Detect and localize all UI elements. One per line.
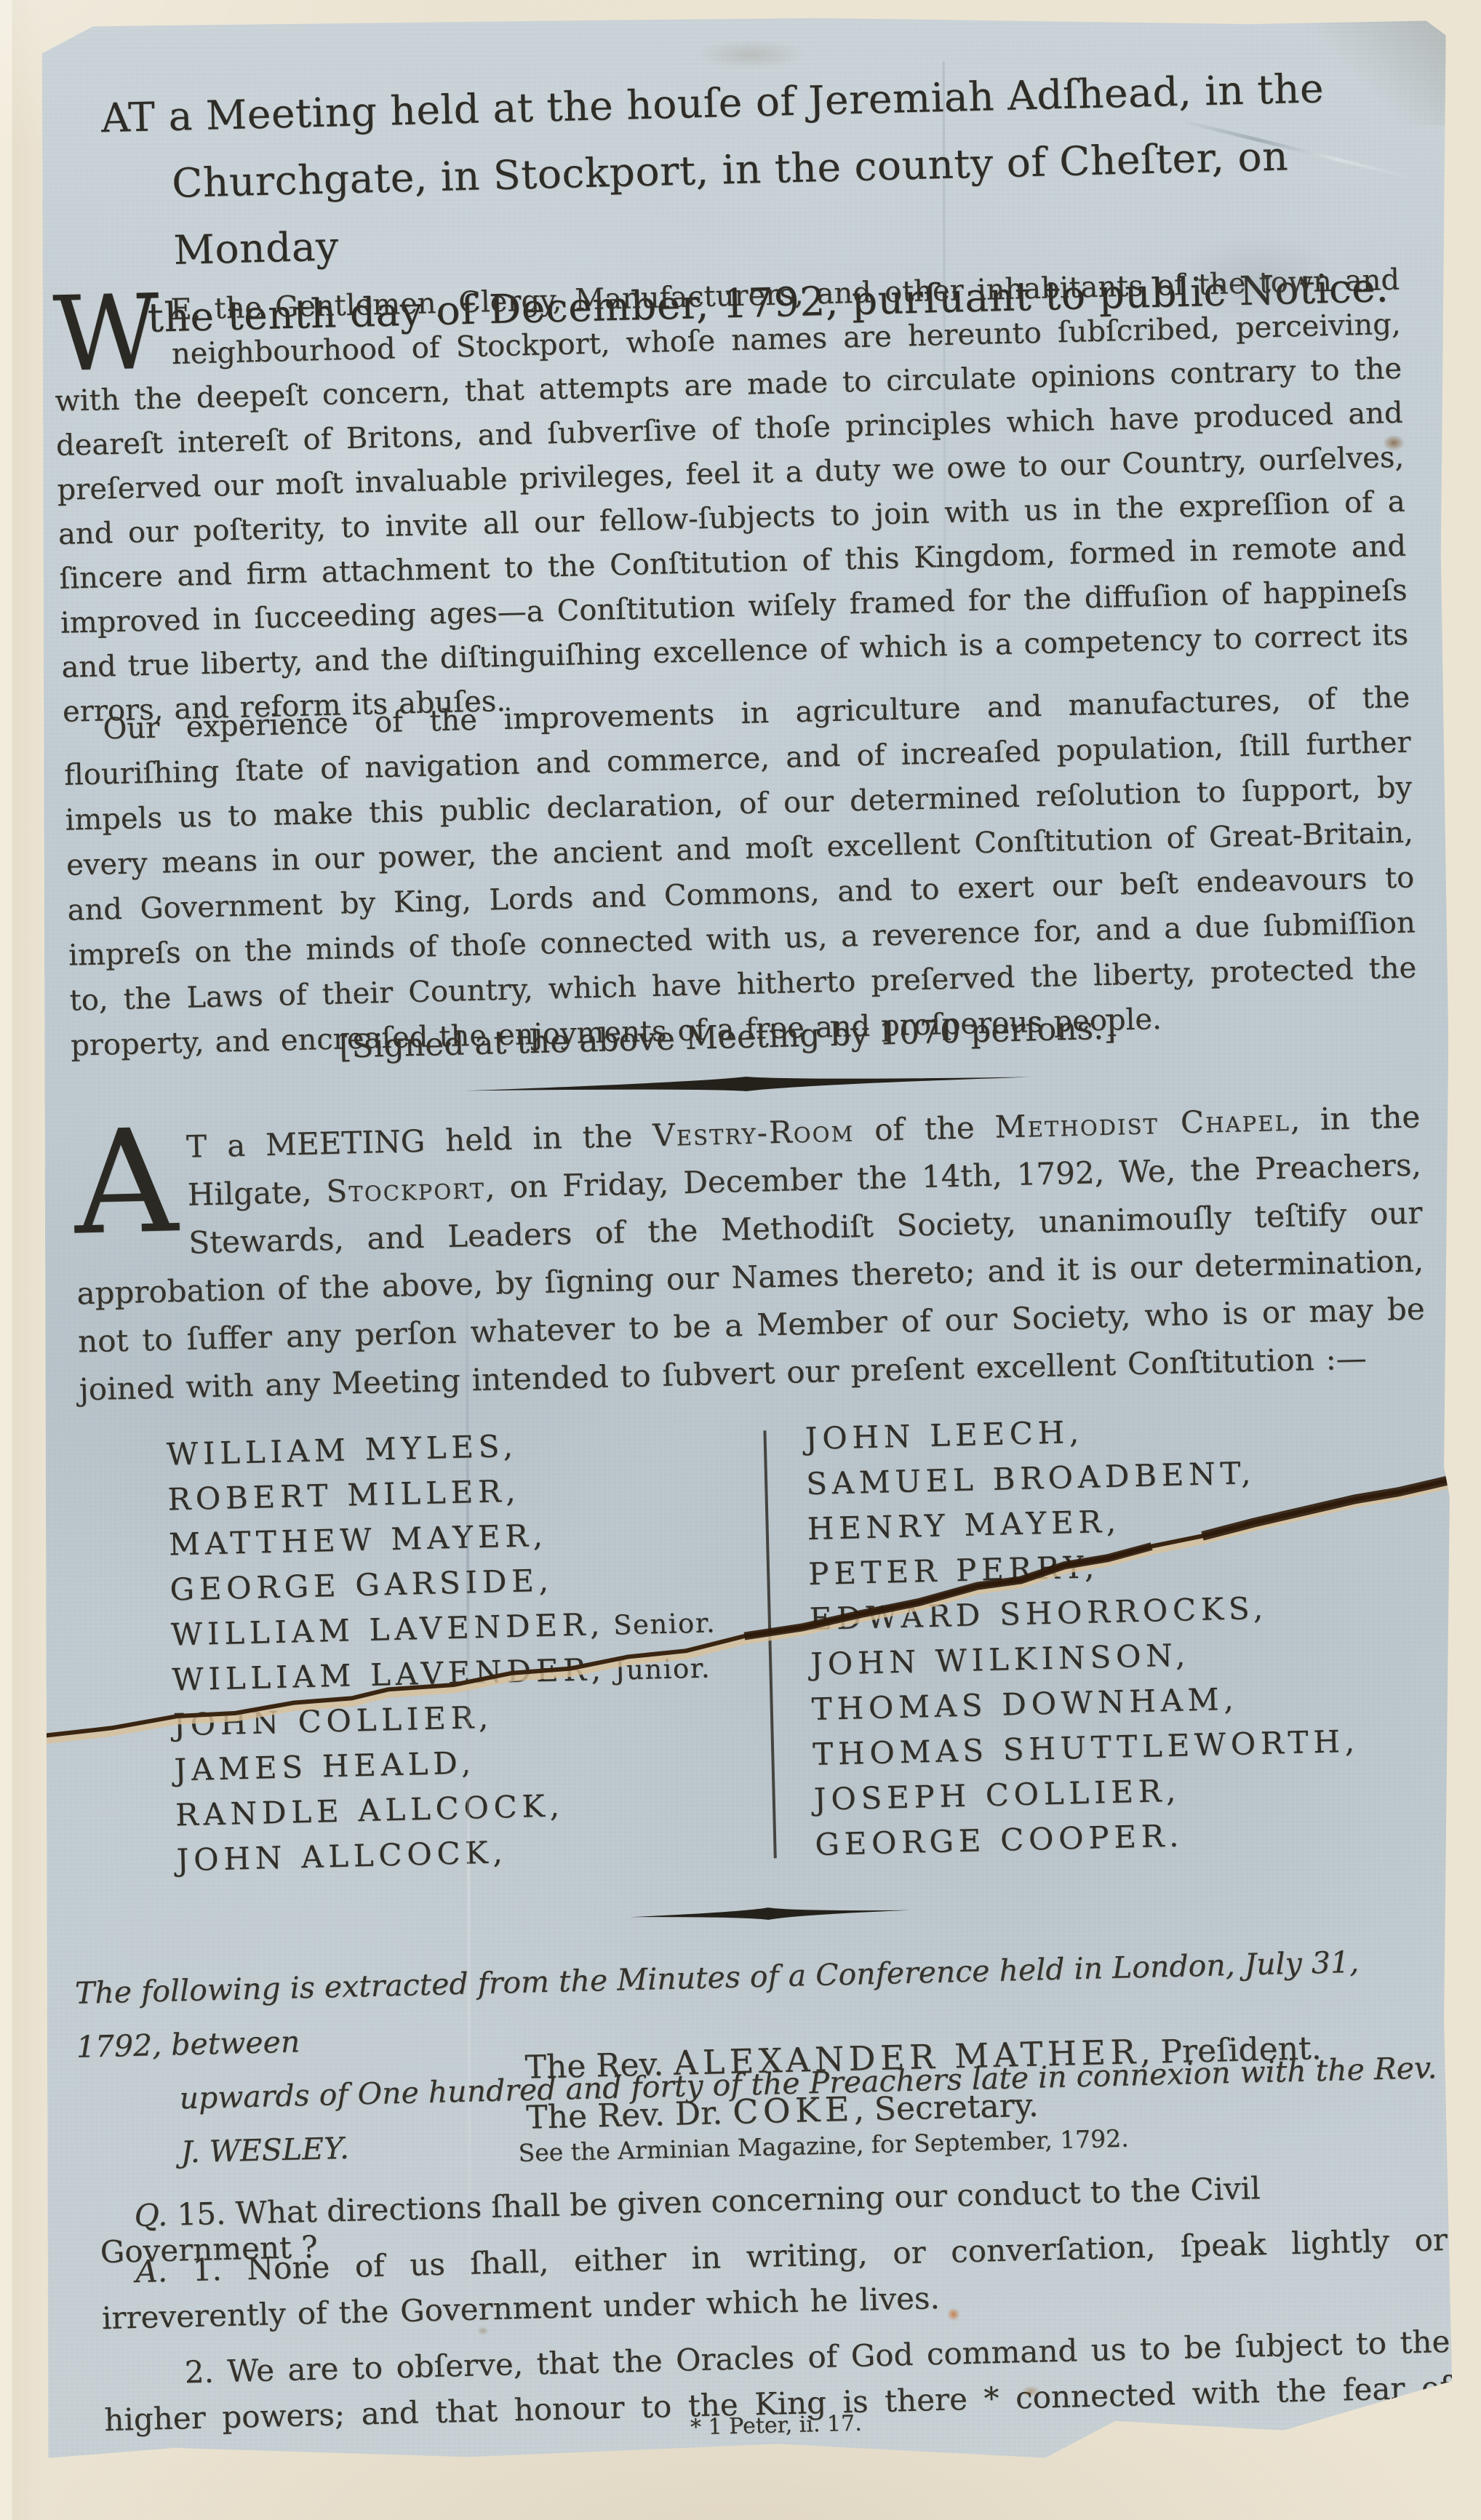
secretary-line: The Rev. Dr. COKE, Secretary. bbox=[526, 2081, 1323, 2134]
officer-name: COKE bbox=[732, 2089, 855, 2132]
signatory-suffix bbox=[516, 1838, 516, 1869]
signatory-name: JOHN ALLCOCK, bbox=[176, 1834, 508, 1878]
signatory-name: ROBERT MILLER, bbox=[167, 1473, 521, 1518]
signatory-name: PETER PERRY, bbox=[808, 1549, 1100, 1592]
signatory-suffix bbox=[1247, 1684, 1248, 1715]
signatory-suffix bbox=[1092, 1417, 1093, 1448]
signatories-right-column: JOHN LEECH, SAMUEL BROADBENT, HENRY MAYE… bbox=[805, 1407, 1370, 1871]
signatory-suffix bbox=[1368, 1726, 1368, 1758]
signatories-left-column: WILLIAM MYLES, ROBERT MILLER, MATTHEW MA… bbox=[166, 1423, 722, 1887]
dropcap-a: A bbox=[73, 1123, 188, 1236]
signatory-suffix bbox=[1107, 1552, 1108, 1584]
swelled-rule-divider-2 bbox=[629, 1902, 910, 1925]
segment-0: T a MEETING held in the bbox=[186, 1117, 653, 1165]
segment-2: of the bbox=[854, 1109, 996, 1149]
signatory-suffix: Senior. bbox=[613, 1607, 716, 1640]
officer-title: , Secretary. bbox=[853, 2087, 1039, 2129]
signatory-suffix bbox=[529, 1476, 530, 1507]
signatory-suffix bbox=[572, 1791, 573, 1822]
broadside-paper-sheet: AT a Meeting held at the houſe of Jeremi… bbox=[42, 16, 1453, 2463]
signatory-suffix bbox=[526, 1432, 527, 1463]
officer-title: , Preſident. bbox=[1140, 2030, 1322, 2071]
signatory-name: HENRY MAYER, bbox=[807, 1504, 1121, 1547]
vestry-room-smallcaps: Vestry-Room bbox=[652, 1112, 855, 1153]
signatory-name: JAMES HEALD, bbox=[174, 1745, 476, 1787]
swelled-rule-divider-1 bbox=[465, 1067, 1035, 1100]
signatory-suffix bbox=[1264, 1459, 1265, 1490]
methodist-chapel-smallcaps: Methodist Chapel bbox=[994, 1102, 1290, 1145]
answer-label: A. bbox=[135, 2253, 168, 2289]
signatory-suffix bbox=[1198, 1640, 1199, 1672]
question-label: Q. bbox=[134, 2197, 168, 2233]
signatory-suffix bbox=[556, 1521, 556, 1552]
declaration-paragraph-1: WE, the Gentlemen, Clergy, Manufacturers… bbox=[52, 258, 1410, 735]
signatory-suffix bbox=[562, 1566, 562, 1597]
paragraph-2-text: Our experience of the improvements in ag… bbox=[64, 681, 1417, 1063]
signatory-suffix bbox=[1189, 1776, 1190, 1807]
signatory-suffix bbox=[1129, 1507, 1130, 1538]
signatory-name: JOHN COLLIER, bbox=[172, 1699, 493, 1743]
paragraph-1-text: E, the Gentlemen, Clergy, Manufacturers,… bbox=[55, 263, 1409, 729]
dropcap-w: W bbox=[52, 288, 172, 376]
signatory-suffix bbox=[1276, 1593, 1277, 1624]
signatory-name: JOHN LEECH, bbox=[805, 1414, 1084, 1456]
signatory-suffix bbox=[501, 1702, 502, 1734]
signatory-suffix: Junior. bbox=[614, 1652, 711, 1686]
signatory-suffix bbox=[484, 1748, 485, 1779]
signatory-suffix bbox=[1192, 1821, 1193, 1852]
column-divider-rule bbox=[763, 1430, 776, 1858]
signatories-list: WILLIAM MYLES, ROBERT MILLER, MATTHEW MA… bbox=[80, 1405, 1438, 1904]
signatory-name: WILLIAM MYLES, bbox=[166, 1428, 518, 1472]
methodist-meeting-paragraph: AT a MEETING held in the Vestry-Room of … bbox=[73, 1093, 1426, 1413]
printed-content: AT a Meeting held at the houſe of Jeremi… bbox=[15, 1, 1478, 2478]
stockport-smallcaps: Stockport bbox=[326, 1170, 486, 1209]
officer-prefix: The Rev. bbox=[524, 2046, 674, 2086]
officer-prefix: The Rev. Dr. bbox=[526, 2094, 733, 2137]
